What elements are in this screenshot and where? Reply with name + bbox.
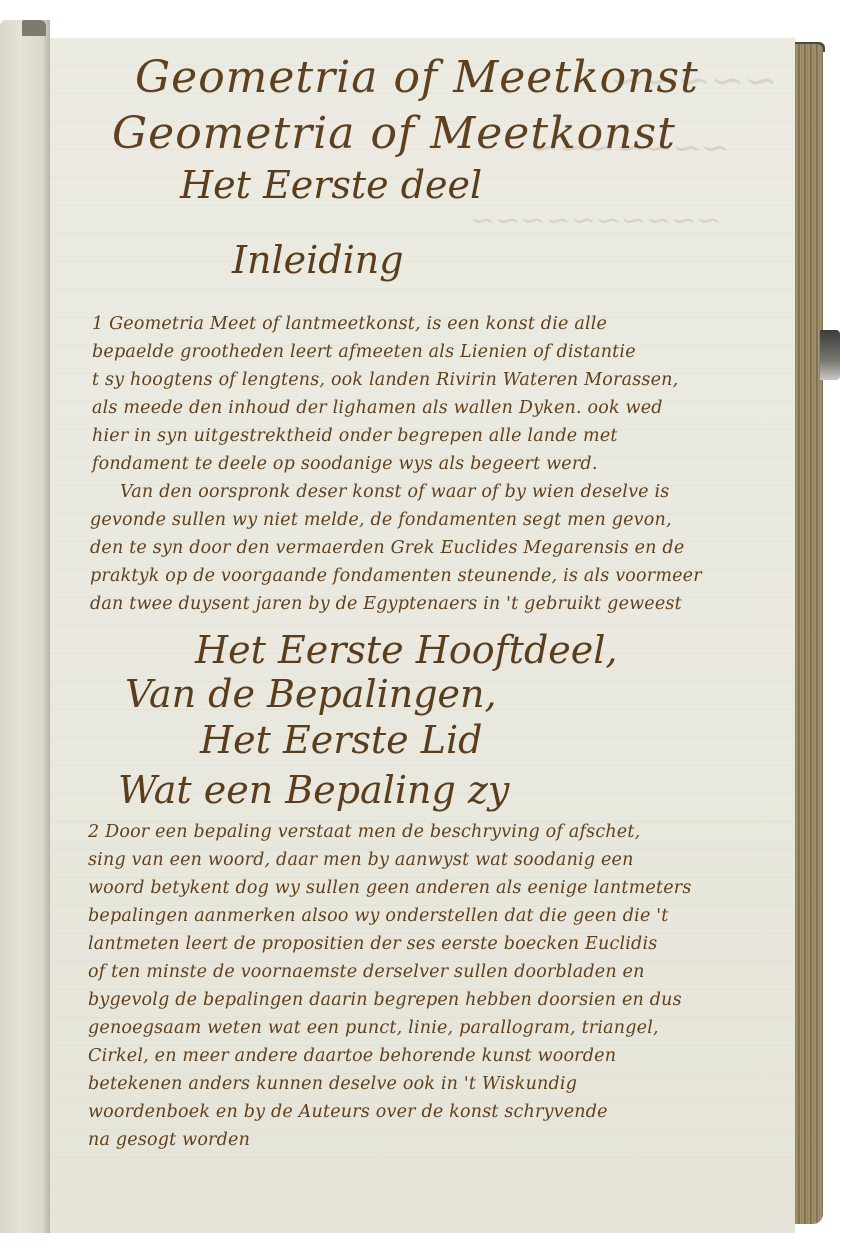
bookmark-ribbon — [820, 330, 840, 380]
paragraph-2-line: praktyk op de voorgaande fondamenten ste… — [90, 566, 702, 586]
paragraph-1-line: 1 Geometria Meet of lantmeetkonst, is ee… — [92, 314, 607, 334]
part-heading: Het Eerste deel — [180, 163, 482, 207]
section-heading: Het Eerste Lid — [200, 718, 482, 762]
paragraph-1-line: bepaelde grootheden leert afmeeten als L… — [92, 342, 636, 362]
paragraph-3-line: woordenboek en by de Auteurs over de kon… — [88, 1102, 608, 1122]
paragraph-3-line: bepalingen aanmerken alsoo wy onderstell… — [88, 906, 669, 926]
paragraph-3-line: Cirkel, en meer andere daartoe behorende… — [88, 1046, 616, 1066]
paragraph-3-line: genoegsaam weten wat een punct, linie, p… — [88, 1018, 659, 1038]
page-fore-edge — [795, 44, 823, 1224]
paragraph-1-line: t sy hoogtens of lengtens, ook landen Ri… — [92, 370, 678, 390]
open-book: ~~~~~ ~~~~~~~ ~~~~~~~~~~ Geometria of Me… — [0, 0, 859, 1260]
paragraph-1-line: fondament te deele op soodanige wys als … — [92, 454, 598, 474]
paragraph-3-line: of ten minste de voornaemste derselver s… — [88, 962, 645, 982]
paragraph-3-line: lantmeten leert de propositien der ses e… — [88, 934, 657, 954]
section-subject-heading: Wat een Bepaling zy — [118, 768, 509, 812]
background-margin — [0, 1233, 859, 1260]
paragraph-2-line: den te syn door den vermaerden Grek Eucl… — [90, 538, 684, 558]
introduction-heading: Inleiding — [232, 238, 404, 282]
left-page-edge — [0, 20, 50, 1250]
paragraph-2-line: dan twee duysent jaren by de Egyptenaers… — [90, 594, 682, 614]
title-line-2: Geometria of Meetkonst — [112, 108, 676, 159]
paragraph-3-line: betekenen anders kunnen deselve ook in '… — [88, 1074, 577, 1094]
chapter-heading: Het Eerste Hooftdeel, — [195, 628, 617, 672]
paragraph-2-line: Van den oorspronk deser konst of waar of… — [120, 482, 669, 502]
paragraph-3-line: na gesogt worden — [88, 1130, 250, 1150]
paragraph-3-line: bygevolg de bepalingen daarin begrepen h… — [88, 990, 682, 1010]
paragraph-3-line: woord betykent dog wy sullen geen andere… — [88, 878, 692, 898]
chapter-subject-heading: Van de Bepalingen, — [125, 672, 497, 716]
paragraph-3-line: 2 Door een bepaling verstaat men de besc… — [88, 822, 640, 842]
paragraph-3-line: sing van een woord, daar men by aanwyst … — [88, 850, 634, 870]
title-line-1: Geometria of Meetkonst — [135, 52, 699, 103]
paragraph-2-line: gevonde sullen wy niet melde, de fondame… — [90, 510, 672, 530]
paragraph-1-line: hier in syn uitgestrektheid onder begrep… — [92, 426, 618, 446]
paragraph-1-line: als meede den inhoud der lighamen als wa… — [92, 398, 663, 418]
spine-cap — [22, 20, 46, 36]
show-through-decoration: ~~~~~~~~~~ — [470, 203, 721, 238]
